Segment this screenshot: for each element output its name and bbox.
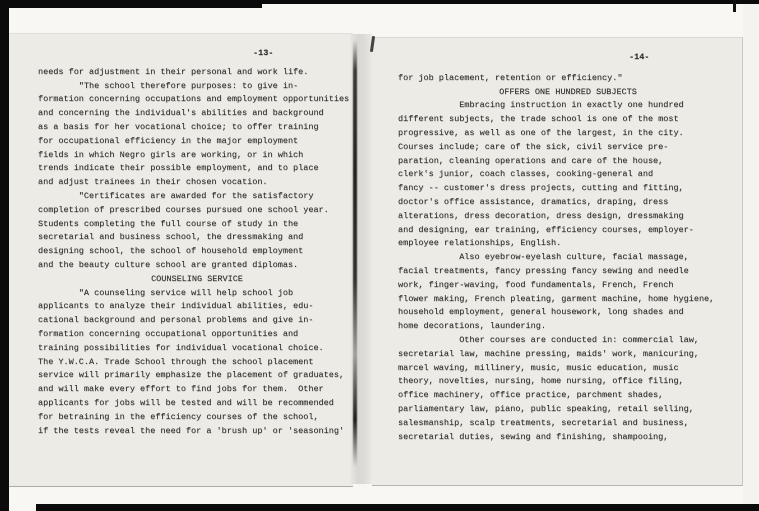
film-edge-bottom: [36, 504, 759, 511]
text-line: work, finger-waving, food fundamentals, …: [398, 279, 738, 293]
text-line: fields in which Negro girls are working,…: [38, 149, 356, 163]
text-line: and adjust trainees in their chosen voca…: [38, 176, 356, 190]
text-line: as a basis for her vocational choice; to…: [38, 121, 356, 135]
text-line: Students completing the full course of s…: [38, 218, 356, 232]
text-line: for job placement, retention or efficien…: [398, 72, 738, 86]
text-line: applicants for jobs will be tested and w…: [38, 397, 356, 411]
text-line: secretarial law, machine pressing, maids…: [398, 348, 738, 362]
text-line: facial treatments, fancy pressing fancy …: [398, 265, 738, 279]
text-line: formation concerning occupational opport…: [38, 328, 356, 342]
text-line: and designing, ear training, efficiency …: [398, 224, 738, 238]
text-line: progressive, as well as one of the large…: [398, 127, 738, 141]
text-line: Embracing instruction in exactly one hun…: [398, 99, 738, 113]
text-line: Courses include; care of the sick, civil…: [398, 141, 738, 155]
text-line: paration, cleaning operations and care o…: [398, 155, 738, 169]
page-14-lines: for job placement, retention or efficien…: [398, 72, 738, 445]
text-line: secretarial and business school, the dre…: [38, 231, 356, 245]
text-line: COUNSELING SERVICE: [38, 273, 356, 287]
text-line: trends indicate their possible employmen…: [38, 162, 356, 176]
text-line: "Certificates are awarded for the satisf…: [38, 190, 356, 204]
text-line: alterations, dress decoration, dress des…: [398, 210, 738, 224]
text-line: "The school therefore purposes: to give …: [38, 80, 356, 94]
text-line: household employment, general housework,…: [398, 306, 738, 320]
text-line: formation concerning occupations and emp…: [38, 93, 356, 107]
page-right-margin: [743, 0, 759, 504]
page-number: -14-: [398, 51, 738, 65]
text-line: employee relationships, English.: [398, 237, 738, 251]
text-line: and concerning the individual's abilitie…: [38, 107, 356, 121]
page-13-text: -13- needs for adjustment in their perso…: [38, 47, 356, 438]
text-line: secretarial duties, sewing and finishing…: [398, 431, 738, 445]
text-line: completion of prescribed courses pursued…: [38, 204, 356, 218]
text-line: Also eyebrow-eyelash culture, facial mas…: [398, 251, 738, 265]
page-13-lines: needs for adjustment in their personal a…: [38, 66, 356, 439]
text-line: Other courses are conducted in: commerci…: [398, 334, 738, 348]
text-line: clerk's junior, coach classes, cooking-g…: [398, 168, 738, 182]
text-line: salesmanship, scalp treatments, secretar…: [398, 417, 738, 431]
text-line: needs for adjustment in their personal a…: [38, 66, 356, 80]
text-line: office machinery, office practice, parch…: [398, 389, 738, 403]
text-line: designing school, the school of househol…: [38, 245, 356, 259]
page-14-text: -14- for job placement, retention or eff…: [398, 51, 738, 444]
text-line: The Y.W.C.A. Trade School through the sc…: [38, 356, 356, 370]
film-edge-tick: [733, 0, 736, 12]
page-number: -13-: [38, 47, 356, 61]
text-line: doctor's office assistance, dramatics, d…: [398, 196, 738, 210]
text-line: flower making, French pleating, garment …: [398, 293, 738, 307]
microfilm-scan: -13- needs for adjustment in their perso…: [0, 0, 759, 511]
text-line: home decorations, laundering.: [398, 320, 738, 334]
text-line: if the tests reveal the need for a 'brus…: [38, 425, 356, 439]
text-line: and will make every effort to find jobs …: [38, 383, 356, 397]
text-line: for betraining in the efficiency courses…: [38, 411, 356, 425]
text-line: marcel waving, millinery, music, music e…: [398, 362, 738, 376]
text-line: cational background and personal problem…: [38, 314, 356, 328]
film-edge-left: [0, 0, 9, 511]
text-line: different subjects, the trade school is …: [398, 113, 738, 127]
text-line: fancy -- customer's dress projects, cutt…: [398, 182, 738, 196]
film-edge-top-left: [0, 0, 262, 8]
text-line: parliamentary law, piano, public speakin…: [398, 403, 738, 417]
text-line: OFFERS ONE HUNDRED SUBJECTS: [398, 86, 738, 100]
text-line: training possibilities for individual vo…: [38, 342, 356, 356]
text-line: theory, novelties, nursing, home nursing…: [398, 375, 738, 389]
text-line: "A counseling service will help school j…: [38, 287, 356, 301]
text-line: for occupational efficiency in the major…: [38, 135, 356, 149]
text-line: and the beauty culture school are grante…: [38, 259, 356, 273]
text-line: applicants to analyze their individual a…: [38, 300, 356, 314]
text-line: service will primarily emphasize the pla…: [38, 369, 356, 383]
